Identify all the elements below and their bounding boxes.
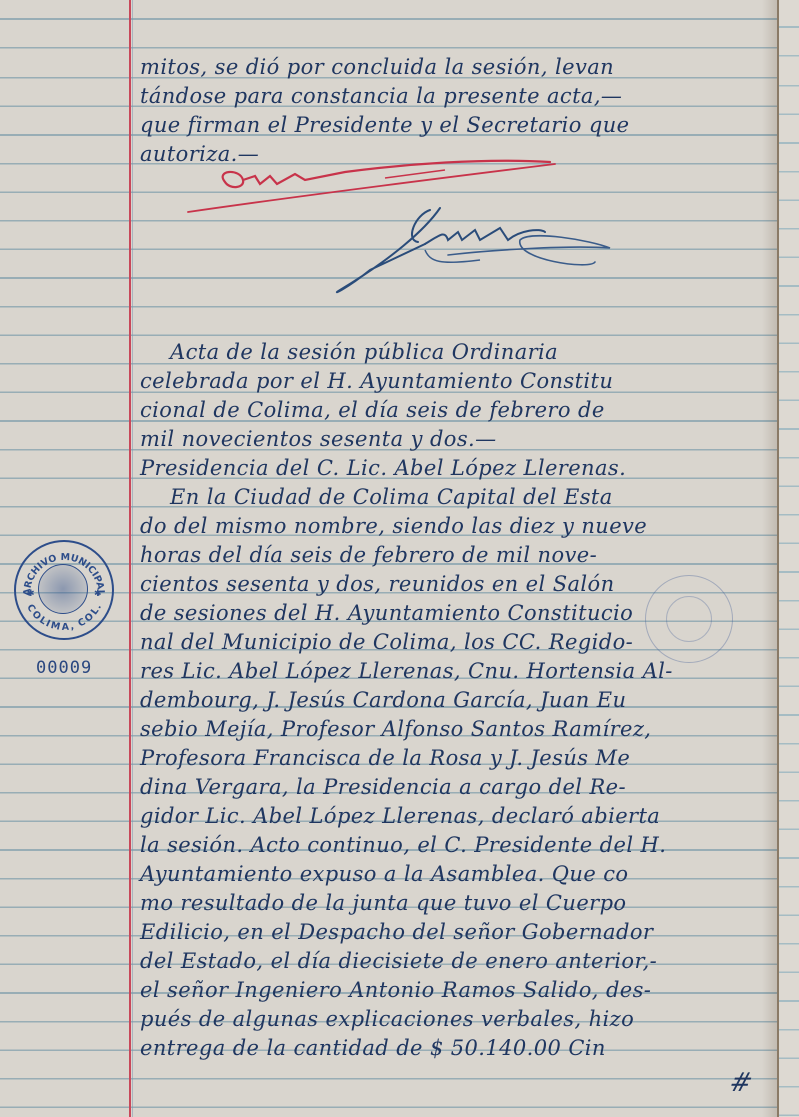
closing-line-3: que firman el Presidente y el Secretario… <box>140 111 630 140</box>
body-line-14: Ayuntamiento expuso a la Asamblea. Que c… <box>140 860 628 889</box>
archive-stamp: ARCHIVO MUNICIPAL COLIMA, COL. ✱ ✱ <box>14 540 114 640</box>
page-continuation-mark: # <box>726 1068 756 1098</box>
adjacent-page-edge <box>777 0 799 1117</box>
body-line-2: do del mismo nombre, siendo las diez y n… <box>140 512 647 541</box>
body-line-18: el señor Ingeniero Antonio Ramos Salido,… <box>140 976 651 1005</box>
closing-line-1: mitos, se dió por concluida la sesión, l… <box>140 53 614 82</box>
red-margin-line <box>129 0 131 1117</box>
body-line-6: nal del Municipio de Colima, los CC. Reg… <box>140 628 633 657</box>
gutter-shadow <box>762 0 777 1117</box>
body-line-4: cientos sesenta y dos, reunidos en el Sa… <box>140 570 615 599</box>
body-line-5: de sesiones del H. Ayuntamiento Constitu… <box>140 599 633 628</box>
body-line-15: mo resultado de la junta que tuvo el Cue… <box>140 889 626 918</box>
body-line-11: dina Vergara, la Presidencia a cargo del… <box>140 773 626 802</box>
body-line-16: Edilicio, en el Despacho del señor Gober… <box>140 918 653 947</box>
body-line-19: pués de algunas explicaciones verbales, … <box>140 1005 634 1034</box>
body-line-8: dembourg, J. Jesús Cardona García, Juan … <box>140 686 626 715</box>
body-line-9: sebio Mejía, Profesor Alfonso Santos Ram… <box>140 715 651 744</box>
svg-text:✱: ✱ <box>27 589 35 599</box>
body-line-13: la sesión. Acto continuo, el C. Presiden… <box>140 831 666 860</box>
stamp-emblem-icon <box>38 564 88 614</box>
notebook-page: mitos, se dió por concluida la sesión, l… <box>0 0 777 1117</box>
body-line-10: Profesora Francisca de la Rosa y J. Jesú… <box>140 744 630 773</box>
body-line-12: gidor Lic. Abel López Llerenas, declaró … <box>140 802 660 831</box>
archive-folio-number: 00009 <box>36 658 92 678</box>
blue-margin-line <box>132 0 133 1117</box>
closing-line-2: tándose para constancia la presente acta… <box>140 82 622 111</box>
heading-line-2: celebrada por el H. Ayuntamiento Constit… <box>140 367 613 396</box>
heading-line-1: Acta de la sesión pública Ordinaria <box>170 338 558 367</box>
presidency-line: Presidencia del C. Lic. Abel López Llere… <box>140 454 626 483</box>
body-line-20: entrega de la cantidad de $ 50.140.00 Ci… <box>140 1034 606 1063</box>
body-line-17: del Estado, el día diecisiete de enero a… <box>140 947 657 976</box>
heading-line-4: mil novecientos sesenta y dos.— <box>140 425 497 454</box>
heading-line-3: cional de Colima, el día seis de febrero… <box>140 396 605 425</box>
body-line-3: horas del día seis de febrero de mil nov… <box>140 541 597 570</box>
body-line-1: En la Ciudad de Colima Capital del Esta <box>170 483 613 512</box>
signature-blue <box>330 200 630 295</box>
body-line-7: res Lic. Abel López Llerenas, Cnu. Horte… <box>140 657 673 686</box>
faint-stamp-bleed <box>645 575 733 663</box>
svg-text:✱: ✱ <box>94 589 102 599</box>
